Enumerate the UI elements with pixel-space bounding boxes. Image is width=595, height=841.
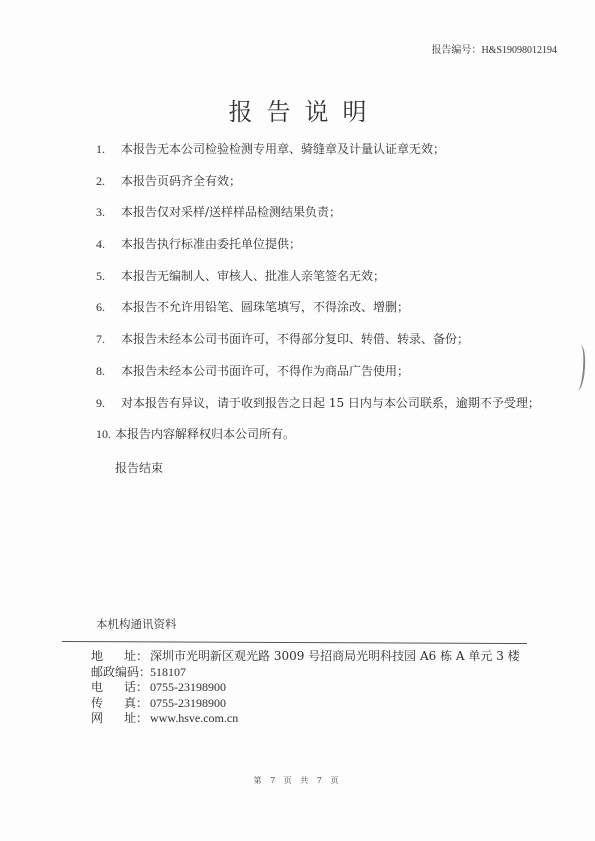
contact-value: 0755-23198900 — [148, 696, 226, 712]
label-part: 传 — [91, 696, 103, 712]
contact-label: 传真： — [91, 696, 148, 712]
report-end-note: 报告结束 — [115, 459, 163, 476]
clause-number: 4. — [96, 236, 121, 268]
clause-number: 10. — [96, 426, 115, 458]
contact-postcode: 邮政编码： 518107 — [91, 665, 520, 681]
clause-text: 本报告无本公司检验检测专用章、骑缝章及计量认证章无效； — [121, 141, 445, 173]
clause-item: 5. 本报告无编制人、审核人、批准人亲笔签名无效； — [96, 268, 540, 300]
clause-number: 3. — [96, 204, 121, 236]
report-number-value: H&S19098012194 — [481, 45, 557, 56]
label-part: 网 — [91, 711, 103, 727]
contact-value: www.hsve.com.cn — [148, 711, 238, 727]
clause-number: 9. — [96, 395, 121, 427]
clause-text: 本报告不允许用铅笔、圆珠笔填写，不得涂改、增删； — [121, 299, 409, 331]
clause-text: 本报告仅对采样/送样样品检测结果负责； — [121, 204, 341, 236]
contact-address: 地址： 深圳市光明新区观光路 3009 号招商局光明科技园 A6 栋 A 单元 … — [91, 649, 520, 665]
clause-list: 1. 本报告无本公司检验检测专用章、骑缝章及计量认证章无效； 2. 本报告页码齐… — [96, 141, 540, 458]
report-number: 报告编号：H&S19098012194 — [431, 41, 557, 56]
clause-item: 10. 本报告内容解释权归本公司所有。 — [96, 426, 540, 458]
contact-label: 地址： — [91, 649, 148, 665]
clause-number: 8. — [96, 363, 121, 395]
clause-text: 本报告未经本公司书面许可，不得作为商品广告使用； — [121, 363, 409, 395]
contact-info: 地址： 深圳市光明新区观光路 3009 号招商局光明科技园 A6 栋 A 单元 … — [91, 649, 520, 727]
label-part: 真： — [124, 696, 148, 712]
contact-heading: 本机构通讯资料 — [96, 616, 177, 632]
clause-text: 对本报告有异议，请于收到报告之日起 15 日内与本公司联系，逾期不予受理； — [121, 395, 540, 427]
divider-line — [62, 641, 527, 644]
contact-label: 网址： — [91, 711, 148, 727]
clause-text: 本报告页码齐全有效； — [121, 173, 241, 205]
contact-value: 0755-23198900 — [148, 680, 226, 696]
clause-text: 本报告未经本公司书面许可，不得部分复印、转借、转录、备份； — [121, 331, 469, 363]
page-title: 报告说明 — [0, 92, 595, 127]
report-number-label: 报告编号： — [431, 45, 481, 56]
label-part: 话： — [124, 680, 148, 696]
clause-number: 6. — [96, 299, 121, 331]
contact-label: 电话： — [91, 680, 148, 696]
contact-website: 网址： www.hsve.com.cn — [91, 711, 520, 727]
contact-label: 邮政编码： — [91, 665, 148, 681]
clause-item: 6. 本报告不允许用铅笔、圆珠笔填写，不得涂改、增删； — [96, 299, 540, 331]
clause-item: 8. 本报告未经本公司书面许可，不得作为商品广告使用； — [96, 363, 540, 395]
contact-value: 深圳市光明新区观光路 3009 号招商局光明科技园 A6 栋 A 单元 3 楼 — [148, 649, 520, 665]
label-part: 址： — [124, 711, 148, 727]
label-part: 邮政编码 — [91, 665, 139, 681]
clause-number: 2. — [96, 173, 121, 205]
clause-item: 4. 本报告执行标准由委托单位提供； — [96, 236, 540, 268]
label-part: 电 — [91, 680, 103, 696]
contact-phone: 电话： 0755-23198900 — [91, 680, 520, 696]
contact-fax: 传真： 0755-23198900 — [91, 696, 520, 712]
clause-item: 9. 对本报告有异议，请于收到报告之日起 15 日内与本公司联系，逾期不予受理； — [96, 395, 540, 427]
clause-item: 2. 本报告页码齐全有效； — [96, 173, 540, 205]
clause-text: 本报告无编制人、审核人、批准人亲笔签名无效； — [121, 268, 385, 300]
clause-number: 5. — [96, 268, 121, 300]
binding-mark-icon — [573, 345, 586, 392]
clause-item: 7. 本报告未经本公司书面许可，不得部分复印、转借、转录、备份； — [96, 331, 540, 363]
clause-number: 1. — [96, 141, 121, 173]
clause-text: 本报告执行标准由委托单位提供； — [121, 236, 301, 268]
clause-text: 本报告内容解释权归本公司所有。 — [115, 426, 295, 458]
contact-value: 518107 — [148, 665, 186, 681]
label-part: 地 — [91, 649, 103, 665]
clause-item: 3. 本报告仅对采样/送样样品检测结果负责； — [96, 204, 540, 236]
clause-item: 1. 本报告无本公司检验检测专用章、骑缝章及计量认证章无效； — [96, 141, 540, 173]
clause-number: 7. — [96, 331, 121, 363]
page-indicator: 第 7 页 共 7 页 — [0, 775, 595, 786]
label-part: 址： — [124, 649, 148, 665]
